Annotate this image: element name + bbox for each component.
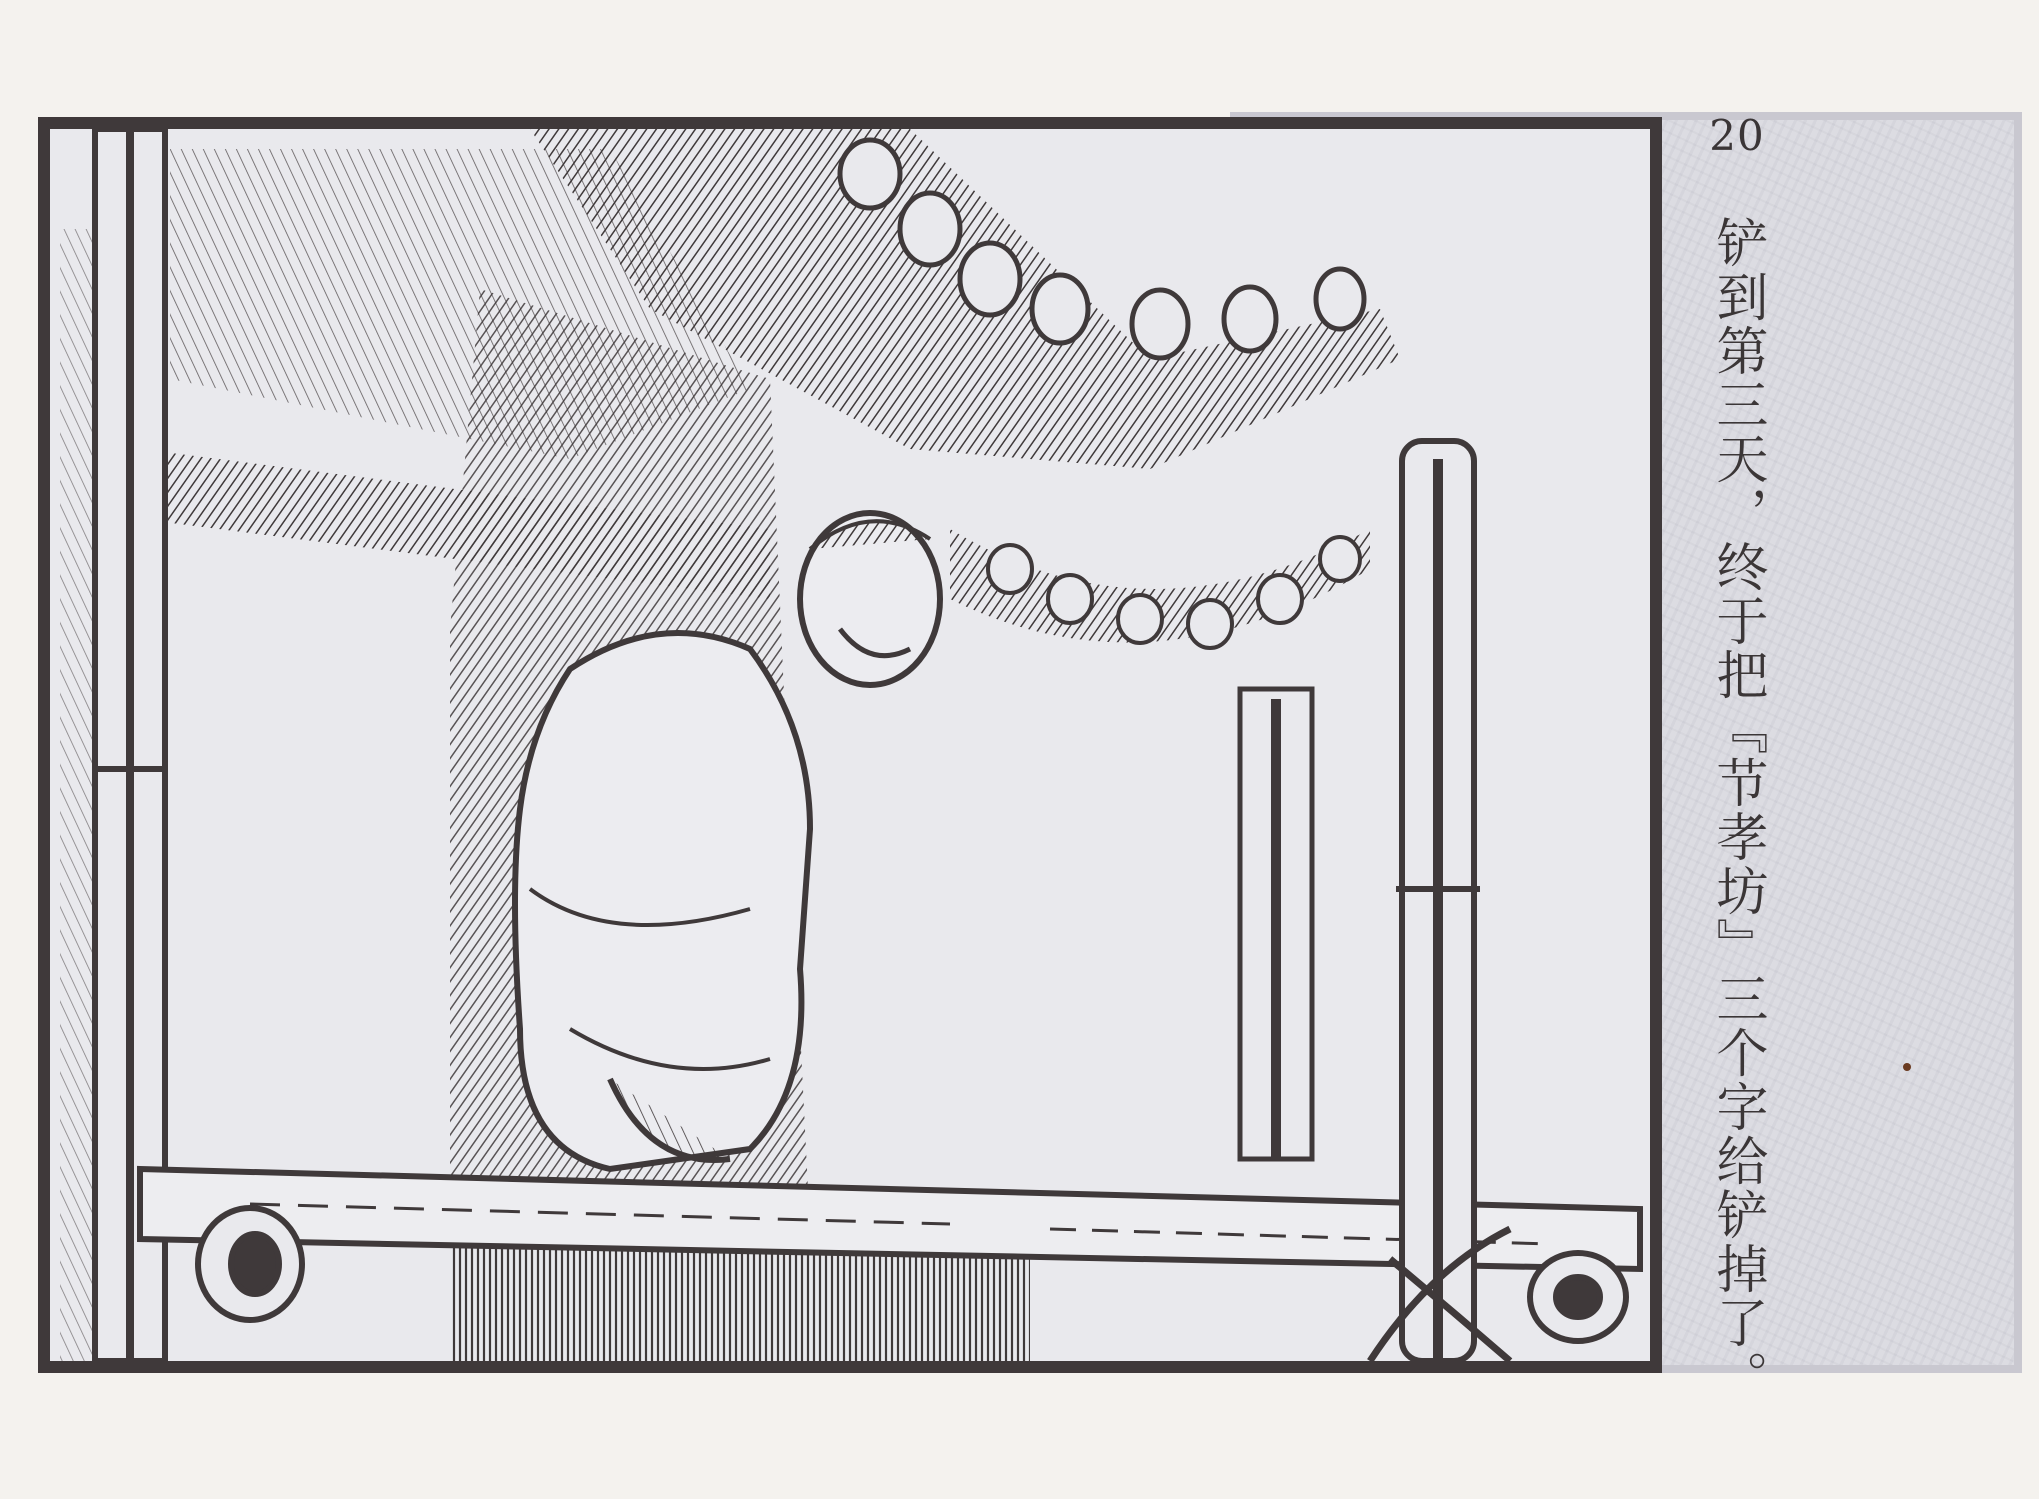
caption-text: 铲到第三天，终于把『节孝坊』三个字给铲掉了。 [1707, 216, 1767, 1404]
panel-number: 20 [1702, 112, 1772, 160]
lower-roof-eaves [950, 529, 1370, 648]
scaffold-illustration [50, 129, 1650, 1361]
caption-block: 20 铲到第三天，终于把『节孝坊』三个字给铲掉了。 [1702, 112, 1772, 1404]
illustration-frame [38, 117, 1662, 1373]
bamboo-pole-middle [1240, 689, 1312, 1159]
paper-speck [1903, 1063, 1911, 1071]
